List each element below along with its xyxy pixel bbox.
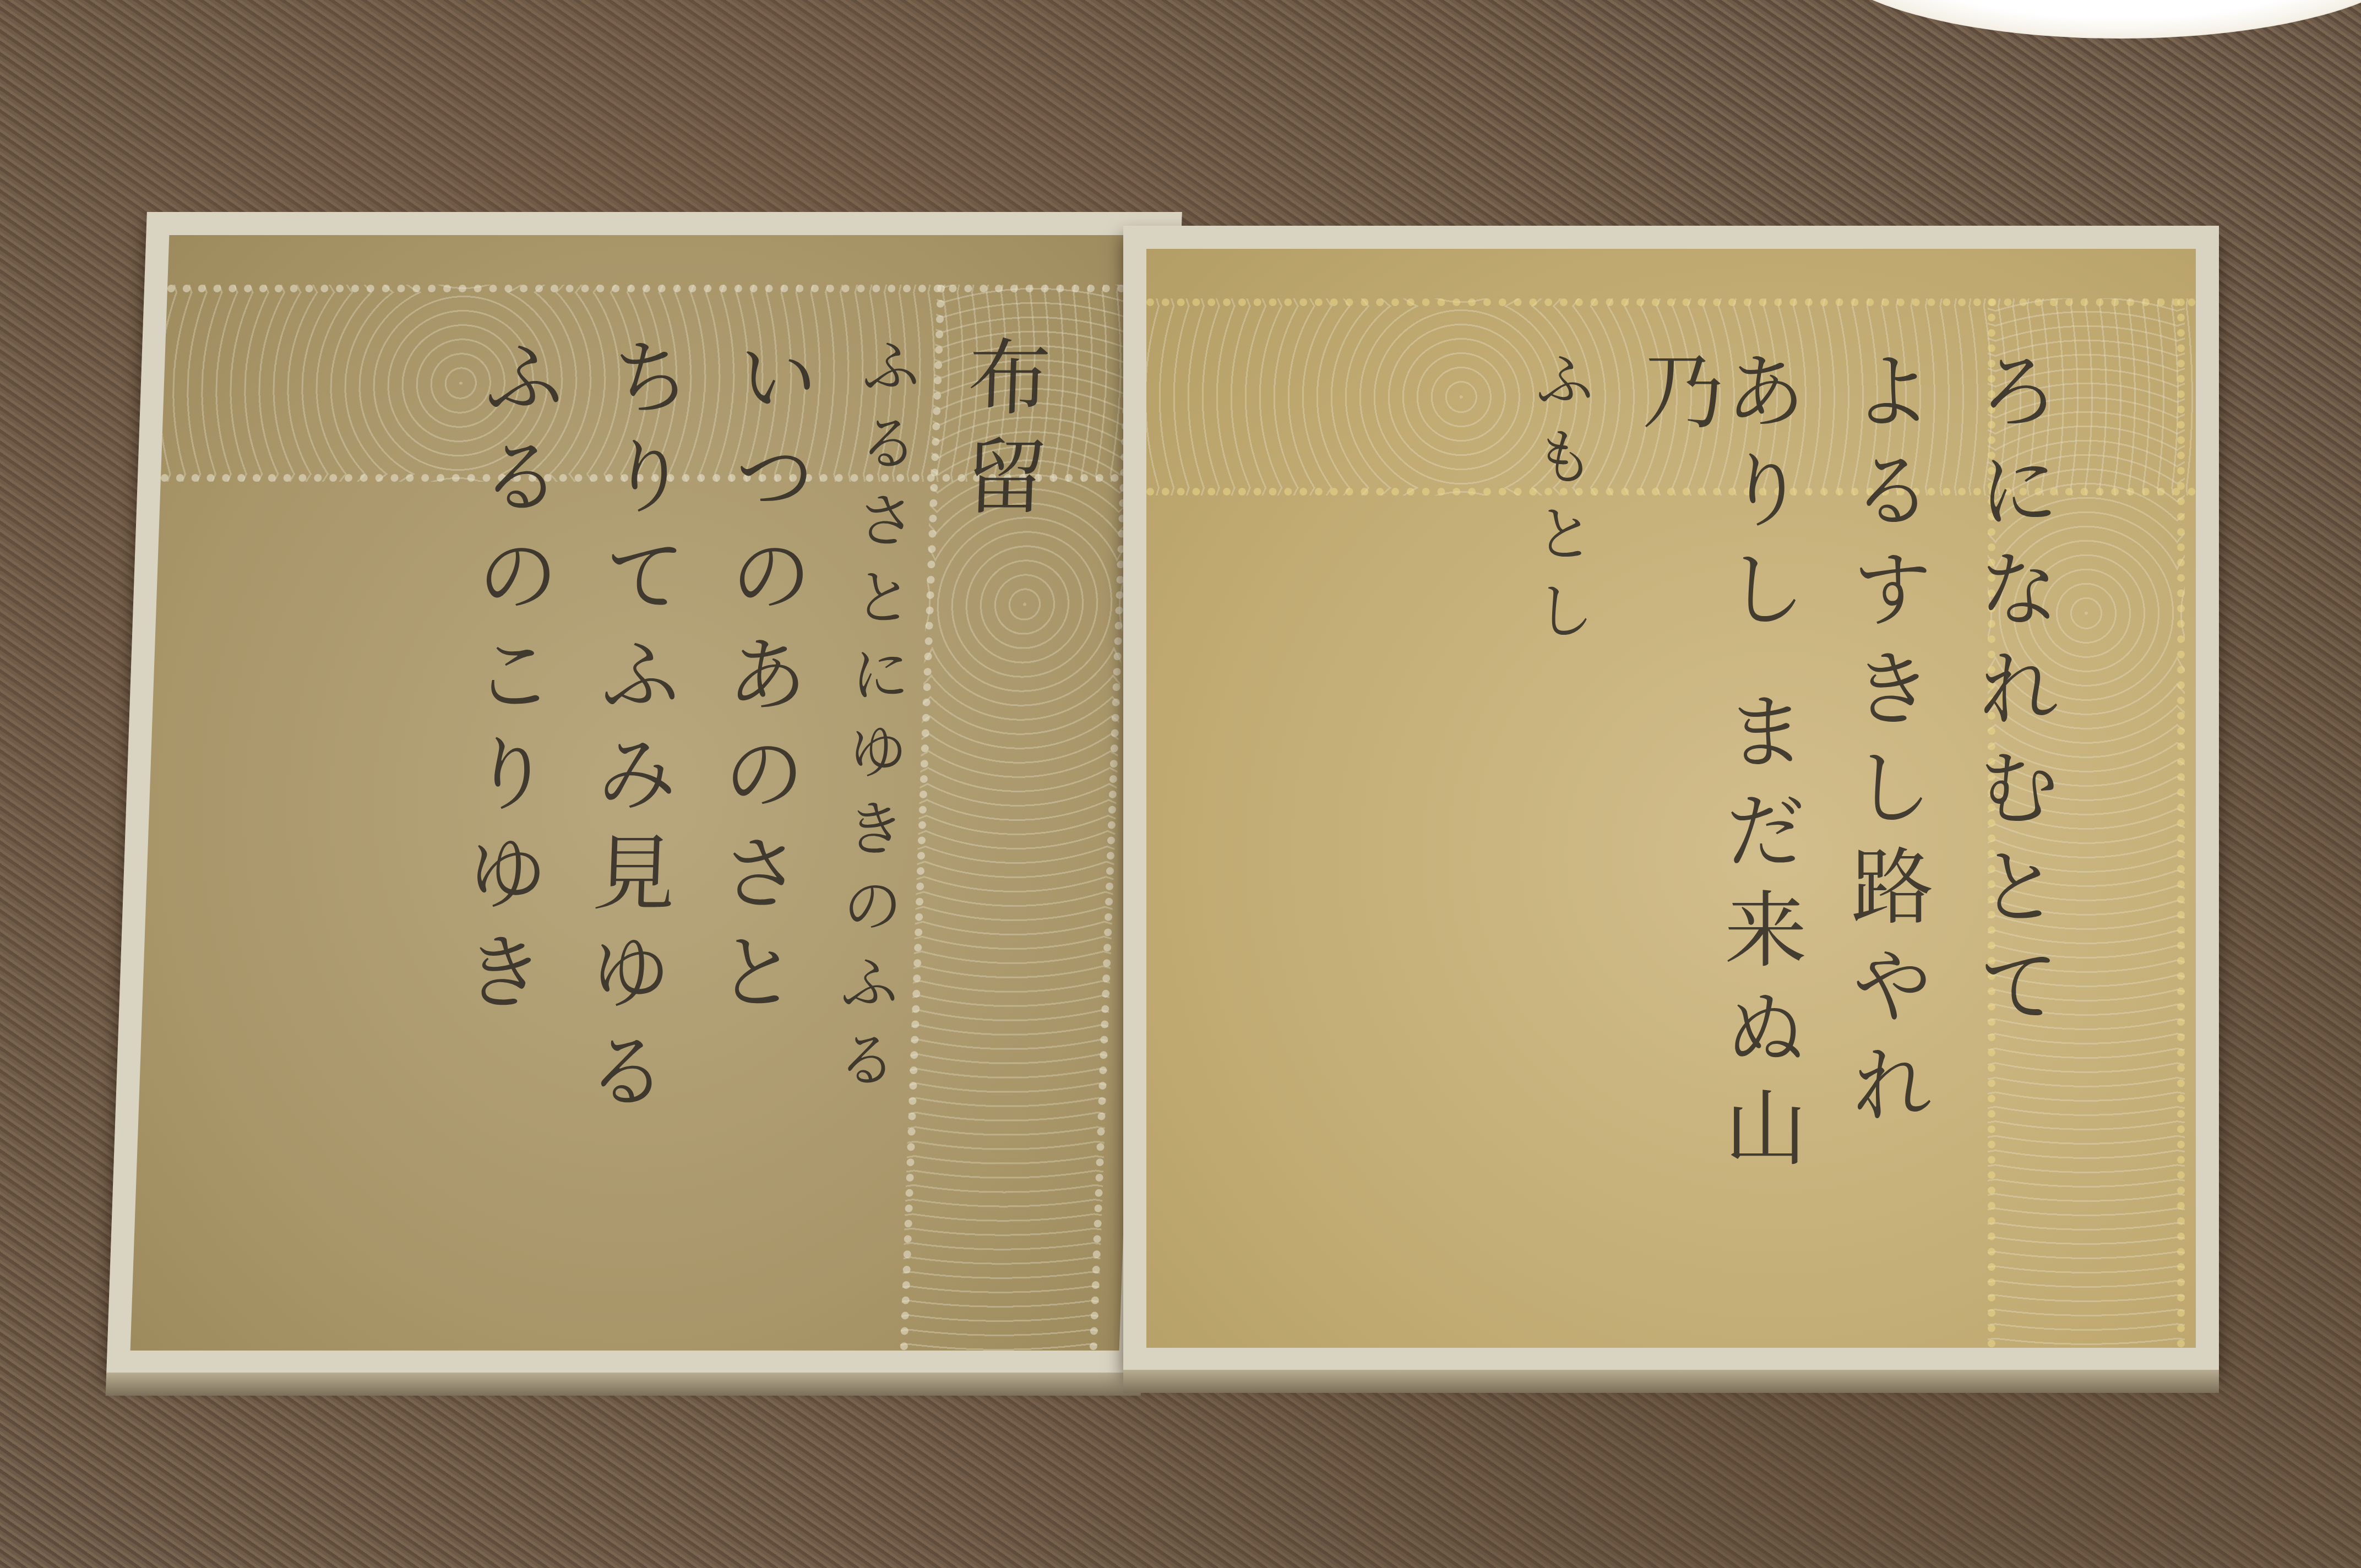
album-page-right: ろになれむとて よるすきし路やれ ありし まだ来ぬ山乃 ふもとし [1123, 226, 2219, 1371]
board-edge [1123, 1370, 2219, 1393]
calligraphy-column: 布留 [929, 334, 1045, 1284]
calligraphy-column: ありし まだ来ぬ山乃 [1634, 348, 1799, 1282]
board-edge [106, 1373, 1141, 1396]
paper-left: 布留 ふるさとにゆきのふる いつのあのさと ちりてふみ見ゆる ふるのこりゆき [130, 235, 1158, 1351]
calligraphy-column: ろになれむとて [1970, 348, 2053, 1282]
calligraphy-column: いつのあのさと [698, 334, 813, 1284]
calligraphy-column: よるすきし路やれ [1843, 348, 1926, 1282]
lamp-glare [1817, 0, 2361, 39]
calligraphy-column: ふるのこりゆき [444, 334, 560, 1284]
calligraphy-column: ふもとし [1530, 348, 1590, 1282]
paper-right: ろになれむとて よるすきし路やれ ありし まだ来ぬ山乃 ふもとし [1146, 249, 2196, 1348]
album-page-left: 布留 ふるさとにゆきのふる いつのあのさと ちりてふみ見ゆる ふるのこりゆき [106, 212, 1182, 1374]
calligraphy-column: ふるさとにゆきのふる [824, 334, 918, 1284]
calligraphy-columns-left: 布留 ふるさとにゆきのふる いつのあのさと ちりてふみ見ゆる ふるのこりゆき [254, 334, 1067, 1284]
calligraphy-column: ちりてふみ見ゆる [571, 334, 687, 1284]
calligraphy-columns-right: ろになれむとて よるすきし路やれ ありし まだ来ぬ山乃 ふもとし [1212, 348, 2075, 1282]
